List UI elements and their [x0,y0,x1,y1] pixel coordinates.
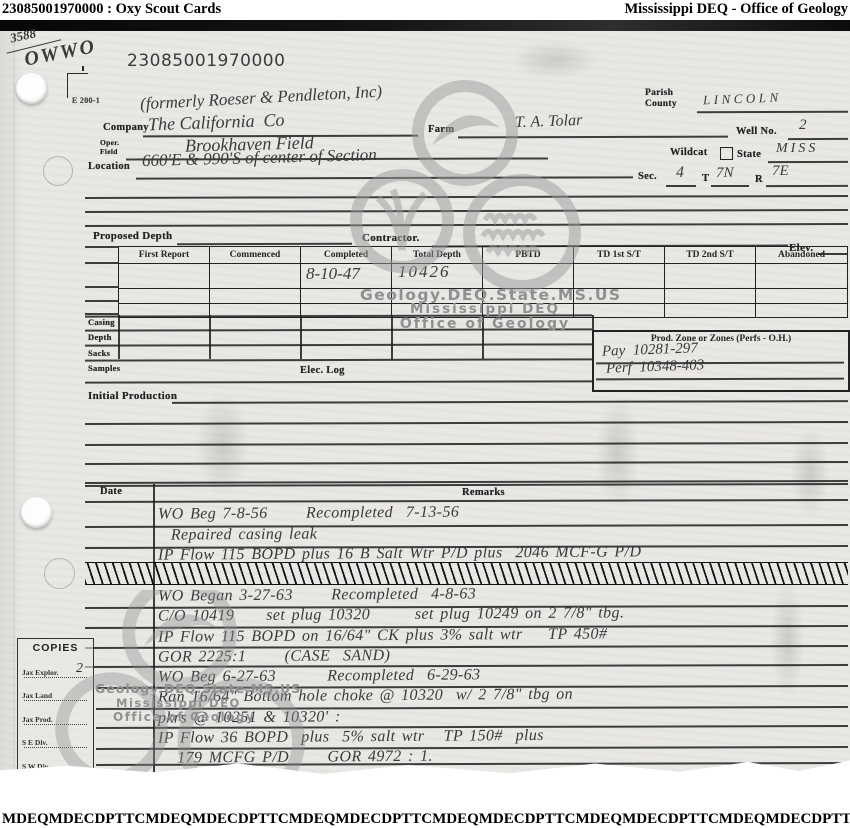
casing-row-labels: CasingDepthSacksSamples [88,315,120,377]
company-label: Company [103,122,149,133]
copies-item: Jax Land [22,679,89,703]
wildcat-checkbox [720,147,733,160]
footer-token: PTTC [679,811,719,828]
copies-item: S E Div. [22,726,89,750]
footer-token: PTTC [822,811,850,828]
dotted-leader [24,677,87,678]
rule-line [136,176,633,179]
copies-item-value: 2 [76,661,83,677]
location-value: 660'E & 990'S of center of Section [142,145,377,171]
ink-stain [595,395,640,510]
footer-token: PTTC [392,811,432,828]
remarks-line: C/O 10419 set plug 10320 set plug 10249 … [158,604,624,628]
ink-stain [790,425,830,520]
footer-token: PTTC [105,811,145,828]
scan-artifact-line [13,31,15,771]
rule-line [172,400,848,403]
completed-date-value: 8-10-47 [306,264,360,284]
depth-table-header-cell: TD 2nd S/T [665,247,756,263]
footer-token: MDECD [479,811,536,828]
hole-punch [21,497,52,528]
rule-line [458,136,728,138]
header-right-title: Mississippi DEQ - Office of Geology [624,1,848,18]
depth-table-row [118,304,848,318]
proposed-depth-label: Proposed Depth [93,230,172,242]
rule-line [85,209,848,213]
sec-label: Sec. [638,171,657,182]
remarks-line: 179 MCFG P/D GOR 4972 : 1. [158,746,624,770]
footer-token: MDEQ [289,811,336,828]
copies-item-label: Jax Explor. [22,668,58,677]
depth-table-header-cell: TD 1st S/T [574,247,665,263]
remarks-header: Remarks [462,487,505,498]
rule-line [711,185,749,187]
rule-line [85,358,592,361]
hole-punch-ring [43,156,73,186]
depth-table-row [118,289,848,304]
location-label: Location [88,161,130,172]
parish-label: Parish [645,88,673,98]
print-header: 23085001970000 : Oxy Scout Cards Mississ… [0,0,850,20]
copies-item-label: Jax Prod. [22,715,53,724]
depth-table-header-cell: Completed [301,247,392,263]
wildcat-label: Wildcat [670,147,708,158]
rule-line [177,243,352,245]
footer-token: MDEQ [2,811,49,828]
total-depth-value: 10426 [398,262,451,282]
dotted-leader [24,700,87,701]
rule-line [766,185,848,187]
sec-value: 4 [676,164,684,182]
state-value: MISS [776,141,818,157]
footer-token: MDECD [622,811,679,828]
dotted-leader [24,771,87,772]
copies-item: S W Div. [22,749,89,773]
copies-item-label: S E Div. [22,738,48,747]
form-number: E 200-1 [72,96,100,105]
prod-zone-box: Prod. Zone or Zones (Perfs - O.H.) Pay 1… [592,330,850,392]
county-label: County [645,99,677,109]
contractor-label: Contractor. [362,232,420,244]
range-label: R [755,174,763,185]
well-no-value: 2 [799,117,807,134]
registration-corner-mark [67,73,88,98]
remarks-date-header: Date [100,486,122,497]
depth-table-header-cell: Total Depth [392,247,483,263]
state-label: State [737,149,761,160]
rule-line [788,138,848,140]
depth-table-header-row: First ReportCommencedCompletedTotal Dept… [118,246,848,264]
copies-title: COPIES [18,642,93,654]
footer-token: MDECD [192,811,249,828]
footer-token: MDEQ [719,811,766,828]
footer-token: PTTC [249,811,289,828]
copies-item-label: S W Div. [22,762,50,771]
township-value: 7N [716,165,734,182]
depth-table-row [118,264,848,289]
farm-label: Farm [428,124,454,135]
remarks-line: WO Beg 7-8-56 Recompleted 7-13-56 [158,501,642,525]
elec-log-label: Elec. Log [300,365,345,376]
rule-line [666,185,696,187]
rule-line [85,262,118,264]
prod-zone-entry-2: Perf 10348-403 [606,357,705,377]
hole-punch-ring [44,558,75,589]
initial-production-label: Initial Production [88,390,177,402]
casing-row-label: Depth [88,330,120,345]
rule-line-vertical [300,315,302,359]
farm-value: T. A. Tolar [515,112,583,132]
rule-line [85,195,848,199]
print-footer: MDEQMDECDPTTCMDEQMDECDPTTCMDEQMDECDPTTCM… [0,801,850,828]
rule-line-vertical [153,484,155,772]
footer-token: MDEQ [432,811,479,828]
footer-token: MDEQ [575,811,622,828]
company-value: The California Co [148,110,285,136]
rule-line [85,286,118,288]
remarks-entries-1956: WO Beg 7-8-56 Recompleted 7-13-56 Repair… [158,503,641,565]
copies-box: COPIES Jax Explor. 2 Jax Land [17,638,94,774]
casing-row-label: Casing [88,315,120,330]
page: 23085001970000 : Oxy Scout Cards Mississ… [0,0,850,828]
hole-punch [16,73,47,104]
casing-row-label: Samples [88,361,120,376]
remarks-line: IP Flow 115 BOPD plus 16 B Salt Wtr P/D … [158,542,642,566]
oper-label: Oper. [100,138,119,147]
rule-line-vertical [482,315,484,359]
footer-token: MDECD [765,811,822,828]
ink-stain [510,40,600,80]
rule-line [85,300,118,302]
footer-token: MDEQ [145,811,192,828]
copies-item-label: Jax Land [22,691,52,700]
parish-county-value: LINCOLN [703,90,782,109]
scan-edge-band [0,20,850,31]
footer-token: PTTC [535,811,575,828]
rule-line-vertical [391,315,393,359]
rule-line [85,246,118,248]
rule-line [85,223,848,227]
scanned-scout-card: 3588 OWWO 23085001970000 E 200-1 (former… [0,20,850,774]
rule-line [85,380,592,383]
dotted-leader [24,724,87,725]
depth-table-header-cell: Commenced [210,247,301,263]
rule-line [85,328,592,331]
api-number: 23085001970000 [127,51,285,71]
elev-label: Elev. [789,242,813,254]
copies-item: Jax Prod. [22,702,89,726]
rule-line-vertical [209,315,211,359]
range-value: 7E [772,163,789,180]
depth-table: First ReportCommencedCompletedTotal Dept… [118,246,848,318]
dotted-leader [24,747,87,748]
rule-line [85,343,592,346]
rule-line [697,111,848,113]
copies-item: Jax Explor. 2 [22,655,89,679]
header-left-title: 23085001970000 : Oxy Scout Cards [2,1,221,18]
township-label: T [702,173,709,184]
depth-table-header-cell: PBTD [483,247,574,263]
footer-token: MDECD [335,811,392,828]
depth-table-header-cell: First Report [119,247,210,263]
well-no-label: Well No. [736,126,777,137]
casing-row-label: Sacks [88,346,120,361]
footer-token: MDECD [49,811,106,828]
ink-stain [770,580,805,700]
remarks-entries-1963: WO Began 3-27-63 Recompleted 4-8-63C/O 1… [158,585,624,768]
field-label: Field [100,147,118,156]
